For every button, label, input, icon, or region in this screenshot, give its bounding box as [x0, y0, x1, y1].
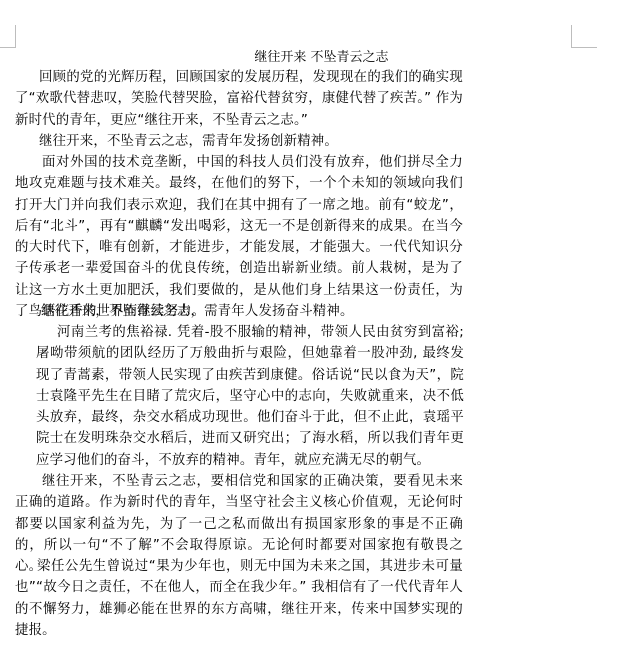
paragraph-4: 继往开来，不坠青云之志，需青年人发扬奋斗精神。 — [15, 301, 463, 322]
page-corner-mark-top-right — [571, 25, 597, 48]
paragraph-2: 继往开来，不坠青云之志，需青年发扬创新精神。 — [15, 131, 463, 152]
page-corner-mark-top-left — [0, 25, 16, 48]
document-title: 继往开来 不坠青云之志 — [0, 49, 643, 67]
paragraph-1: 回顾的党的光辉历程，回顾国家的发展历程，发现现在的我们的确实现了“欢歌代替悲叹，… — [15, 67, 463, 131]
paragraph-7: 梁任公先生曾说过“果为少年也，则无中国为未来之国，其进步未可量也”“故今日之责任… — [15, 556, 463, 641]
paragraph-3: 面对外国的技术竞垄断，中国的科技人员们没有放弃，他们拼尽全力地攻克难题与技术难关… — [15, 152, 463, 322]
paragraph-5: 河南兰考的焦裕禄. 凭着-股不服输的精神，带领人民由贫穷到富裕; 屠呦带须航的团… — [36, 322, 464, 471]
